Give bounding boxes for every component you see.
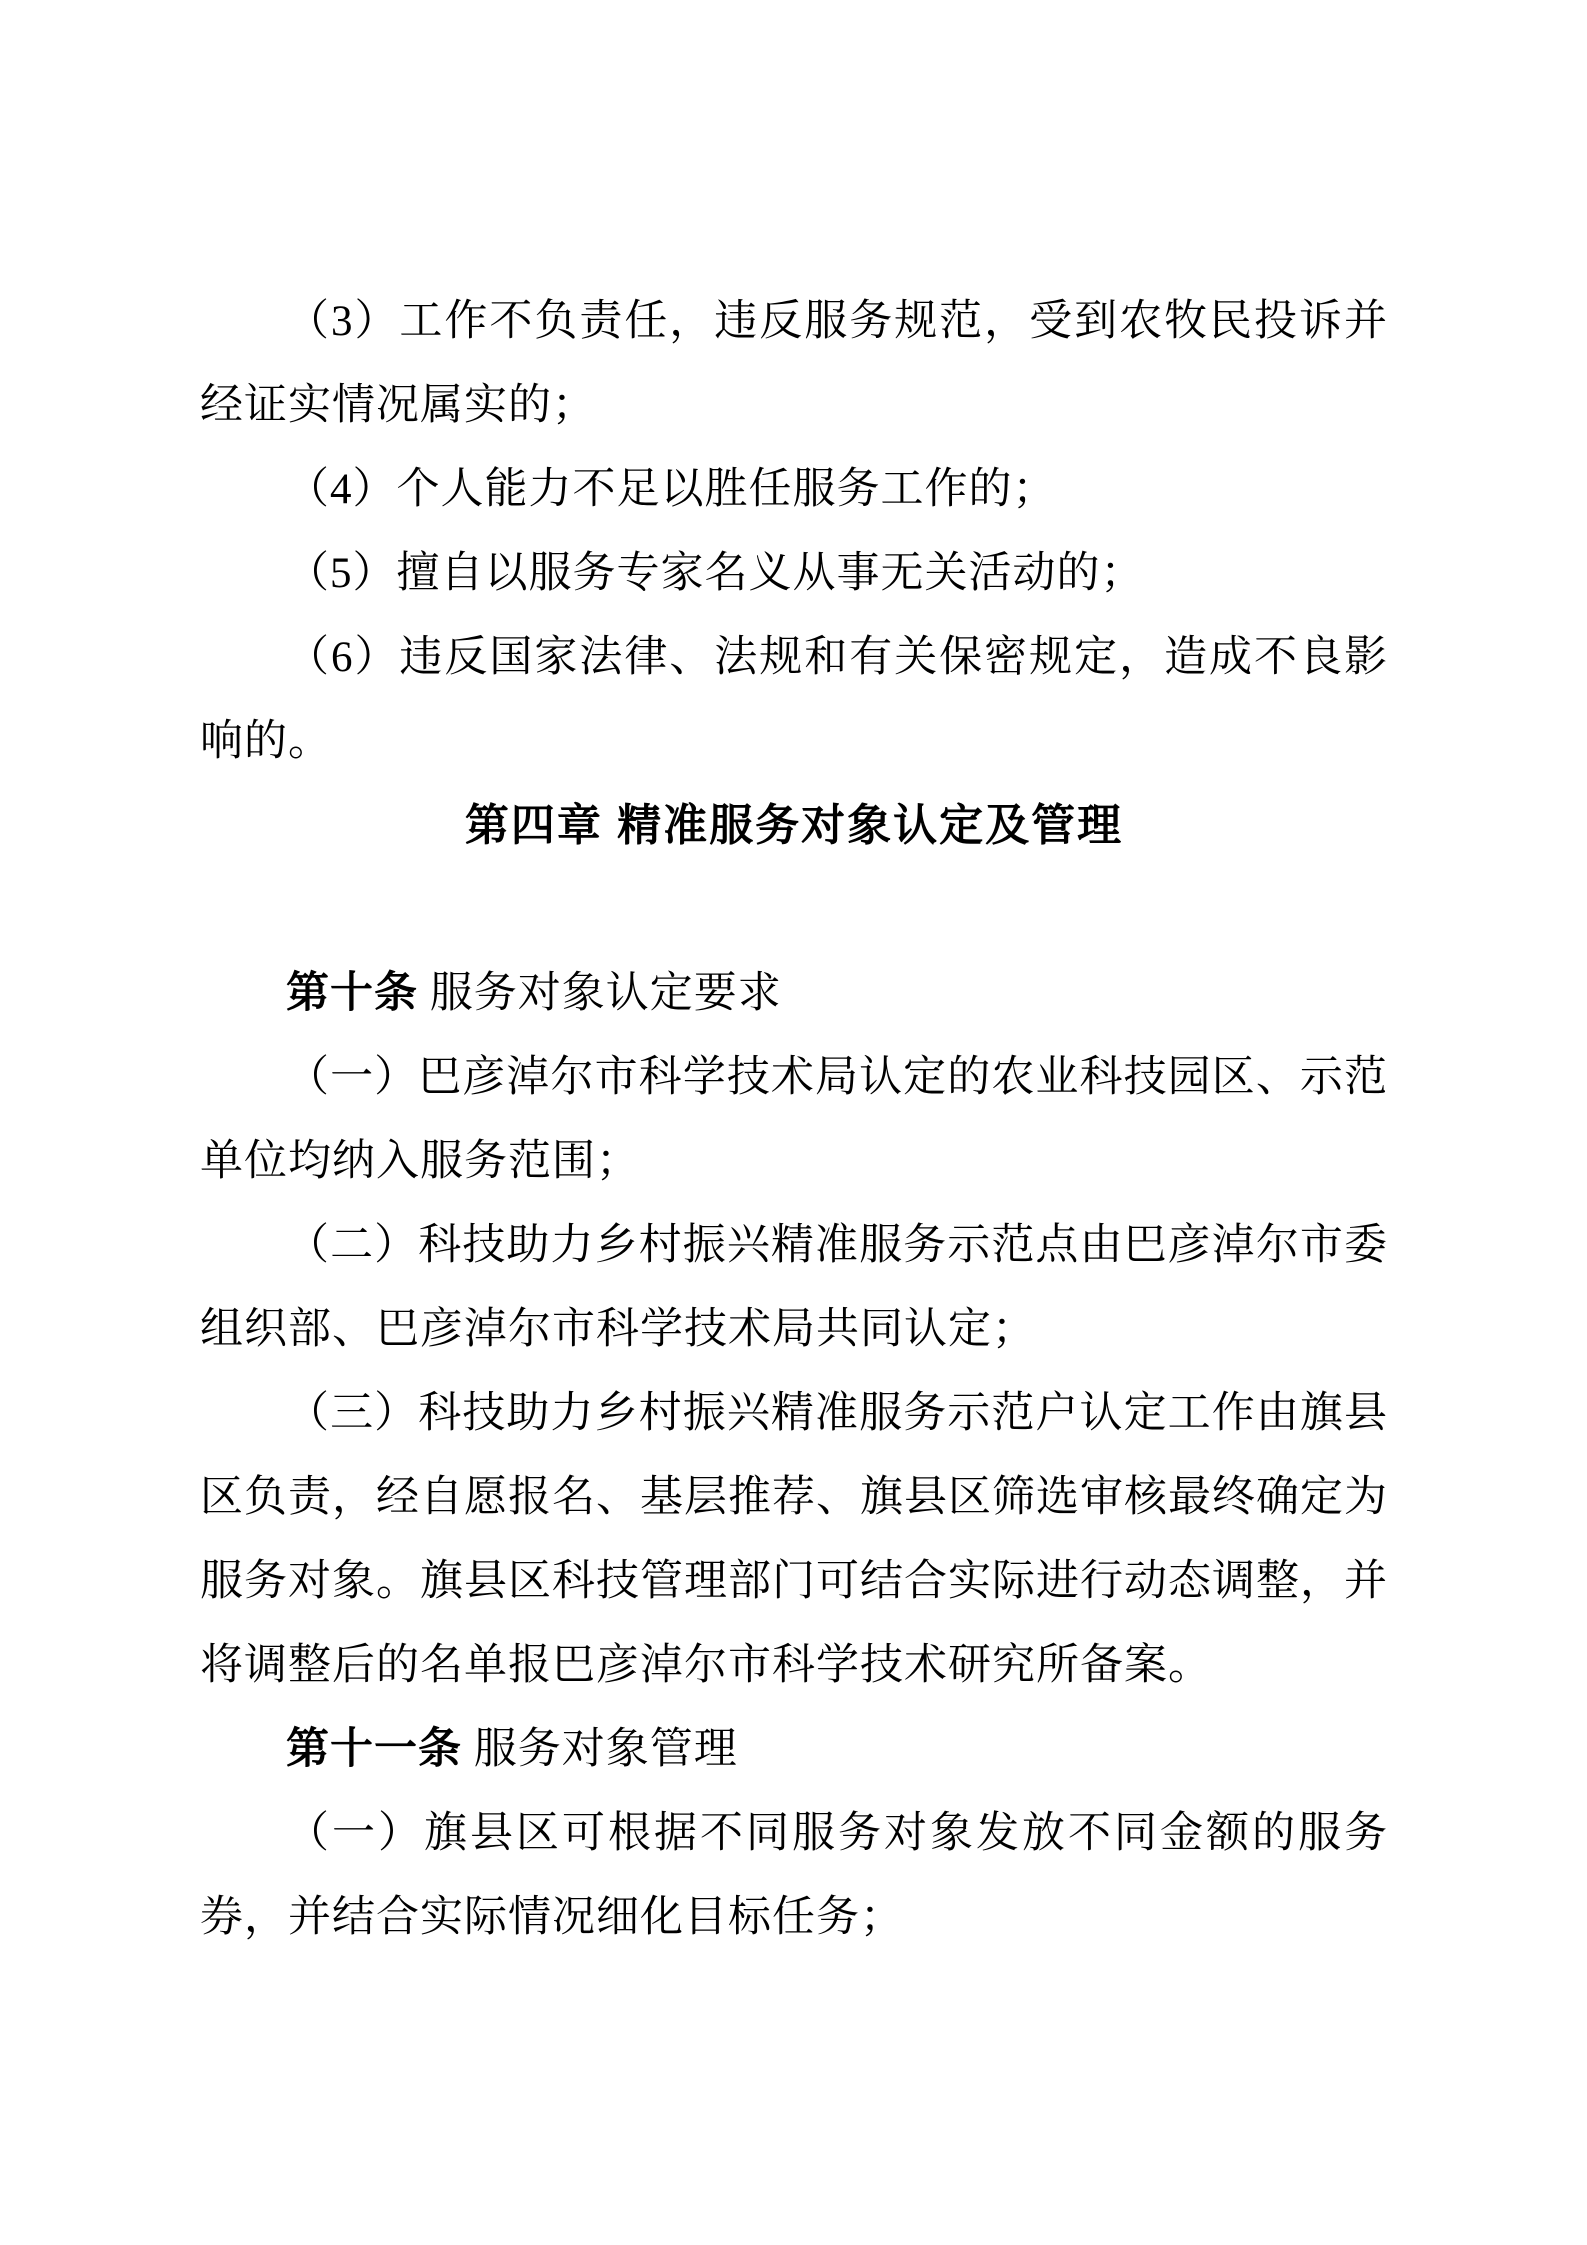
article-10-title: 服务对象认定要求 <box>418 970 782 1017</box>
article-10-item-2-paragraph: （二）科技助力乡村振兴精准服务示范点由巴彦淖尔市委组织部、巴彦淖尔市科学技术局共… <box>200 1204 1388 1372</box>
clause-3-paragraph: （3）工作不负责任，违反服务规范，受到农牧民投诉并经证实情况属实的； <box>200 280 1388 448</box>
article-11-heading: 第十一条 服务对象管理 <box>200 1708 1388 1792</box>
article-10-item-3-paragraph: （三）科技助力乡村振兴精准服务示范户认定工作由旗县区负责，经自愿报名、基层推荐、… <box>200 1372 1388 1708</box>
article-10-item-1-paragraph: （一）巴彦淖尔市科学技术局认定的农业科技园区、示范单位均纳入服务范围； <box>200 1036 1388 1204</box>
article-10-heading: 第十条 服务对象认定要求 <box>200 952 1388 1036</box>
article-11-number: 第十一条 <box>286 1726 462 1773</box>
document-page: （3）工作不负责任，违反服务规范，受到农牧民投诉并经证实情况属实的； （4）个人… <box>0 0 1587 2245</box>
clause-6-paragraph: （6）违反国家法律、法规和有关保密规定，造成不良影响的。 <box>200 616 1388 784</box>
document-content: （3）工作不负责任，违反服务规范，受到农牧民投诉并经证实情况属实的； （4）个人… <box>200 280 1388 1960</box>
clause-4-paragraph: （4）个人能力不足以胜任服务工作的； <box>200 448 1388 532</box>
article-11-title: 服务对象管理 <box>462 1726 738 1773</box>
chapter-4-heading: 第四章 精准服务对象认定及管理 <box>200 784 1388 868</box>
article-11-item-1-paragraph: （一）旗县区可根据不同服务对象发放不同金额的服务券，并结合实际情况细化目标任务； <box>200 1792 1388 1960</box>
clause-5-paragraph: （5）擅自以服务专家名义从事无关活动的； <box>200 532 1388 616</box>
article-10-number: 第十条 <box>286 970 418 1017</box>
